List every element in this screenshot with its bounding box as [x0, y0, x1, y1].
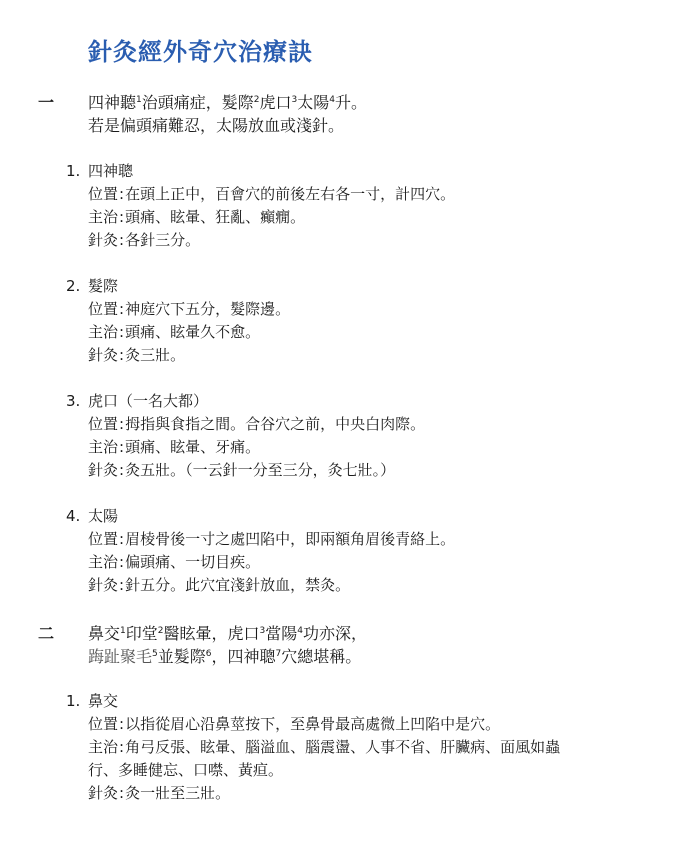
verse-text: 穴總堪稱。: [281, 647, 361, 666]
technique-text: 針五分。此穴宜淺針放血，禁灸。: [125, 576, 350, 594]
verse-line-1: 鼻交1印堂2醫眩暈，虎口3當陽4功亦深，: [88, 622, 367, 645]
location-text: 以指從眉心沿鼻莖按下，至鼻骨最高處微上凹陷中是穴。: [125, 715, 500, 733]
verse-text: 四神聽: [88, 93, 136, 112]
technique-text: 灸一壯至三壯。: [125, 784, 230, 802]
location-label: 位置: [88, 715, 118, 733]
indication-text: 頭痛、眩暈、牙痛。: [125, 438, 260, 456]
verse-text: 鼻交: [88, 624, 120, 643]
indication-line: 主治:角弓反張、眩暈、腦溢血、腦震盪、人事不省、肝臟病、面風如蟲: [88, 736, 560, 759]
verse-text: 虎口: [260, 93, 292, 112]
location-text: 在頭上正中，百會穴的前後左右各一寸，計四穴。: [125, 185, 455, 203]
section-number: 二: [38, 622, 54, 645]
item-number: 3.: [66, 390, 88, 413]
technique-label: 針灸: [88, 346, 118, 364]
technique-text: 灸三壯。: [125, 346, 185, 364]
indication-text: 偏頭痛、一切目疾。: [125, 553, 260, 571]
indication-line: 主治:偏頭痛、一切目疾。: [88, 551, 260, 574]
indication-text: 頭痛、眩暈久不愈。: [125, 323, 260, 341]
verse-text: 並髮際: [158, 647, 206, 666]
verse-text: 當陽: [265, 624, 297, 643]
technique-label: 針灸: [88, 784, 118, 802]
location-text: 神庭穴下五分，髮際邊。: [125, 300, 290, 318]
indication-continuation: 行、多睡健忘、口噤、黃疸。: [88, 759, 283, 782]
indication-label: 主治: [88, 553, 118, 571]
verse-line-1: 四神聽1治頭痛症，髮際2虎口3太陽4升。: [88, 91, 367, 114]
location-line: 位置:眉棱骨後一寸之處凹陷中，即兩額角眉後青絡上。: [88, 528, 455, 551]
verse-text: 太陽: [297, 93, 329, 112]
acupoint-heading: 4.太陽: [66, 505, 118, 528]
acupoint-heading: 2.髮際: [66, 275, 118, 298]
verse-text: 升。: [335, 93, 367, 112]
indication-label: 主治: [88, 438, 118, 456]
verse-text: 治頭痛症，髮際: [142, 93, 254, 112]
acupoint-name: 髮際: [88, 277, 118, 295]
acupoint-name: 四神聰: [88, 162, 133, 180]
acupoint-heading: 3.虎口（一名大都）: [66, 390, 208, 413]
technique-line: 針灸:灸五壯。（一云針一分至三分，灸七壯。）: [88, 459, 395, 482]
indication-line: 主治:頭痛、眩暈、牙痛。: [88, 436, 260, 459]
technique-text: 各針三分。: [125, 231, 200, 249]
indication-label: 主治: [88, 738, 118, 756]
verse-text: 醫眩暈，虎口: [164, 624, 260, 643]
technique-label: 針灸: [88, 231, 118, 249]
location-line: 位置:在頭上正中，百會穴的前後左右各一寸，計四穴。: [88, 183, 455, 206]
acupoint-heading: 1.四神聰: [66, 160, 133, 183]
technique-label: 針灸: [88, 576, 118, 594]
acupoint-name: 太陽: [88, 507, 118, 525]
location-line: 位置:以指從眉心沿鼻莖按下，至鼻骨最高處微上凹陷中是穴。: [88, 713, 500, 736]
item-number: 1.: [66, 690, 88, 713]
indication-line: 主治:頭痛、眩暈、狂亂、癲癇。: [88, 206, 305, 229]
location-label: 位置: [88, 300, 118, 318]
indication-label: 主治: [88, 323, 118, 341]
verse-text: 印堂: [126, 624, 158, 643]
verse-text: 功亦深，: [303, 624, 367, 643]
indication-text: 頭痛、眩暈、狂亂、癲癇。: [125, 208, 305, 226]
section-number: 一: [38, 91, 54, 114]
item-number: 1.: [66, 160, 88, 183]
location-label: 位置: [88, 530, 118, 548]
technique-line: 針灸:灸三壯。: [88, 344, 185, 367]
indication-label: 主治: [88, 208, 118, 226]
verse-line-2: 踇趾聚毛5並髮際6，四神聰7穴總堪稱。: [88, 645, 361, 668]
item-number: 4.: [66, 505, 88, 528]
item-number: 2.: [66, 275, 88, 298]
verse-text: ，四神聰: [212, 647, 276, 666]
location-line: 位置:神庭穴下五分，髮際邊。: [88, 298, 290, 321]
location-label: 位置: [88, 415, 118, 433]
page-title: 針灸經外奇穴治療訣: [88, 32, 313, 67]
indication-line: 主治:頭痛、眩暈久不愈。: [88, 321, 260, 344]
location-text: 眉棱骨後一寸之處凹陷中，即兩額角眉後青絡上。: [125, 530, 455, 548]
acupoint-name: 虎口（一名大都）: [88, 392, 208, 410]
acupoint-name: 鼻交: [88, 692, 118, 710]
technique-line: 針灸:各針三分。: [88, 229, 200, 252]
location-line: 位置:拇指與食指之間。合谷穴之前，中央白肉際。: [88, 413, 425, 436]
technique-label: 針灸: [88, 461, 118, 479]
indication-text: 角弓反張、眩暈、腦溢血、腦震盪、人事不省、肝臟病、面風如蟲: [125, 738, 560, 756]
technique-text: 灸五壯。（一云針一分至三分，灸七壯。）: [125, 461, 395, 479]
technique-line: 針灸:灸一壯至三壯。: [88, 782, 230, 805]
location-label: 位置: [88, 185, 118, 203]
acupoint-heading: 1.鼻交: [66, 690, 118, 713]
verse-line-2: 若是偏頭痛難忍，太陽放血或淺針。: [88, 114, 344, 137]
location-text: 拇指與食指之間。合谷穴之前，中央白肉際。: [125, 415, 425, 433]
technique-line: 針灸:針五分。此穴宜淺針放血，禁灸。: [88, 574, 350, 597]
verse-text: 踇趾聚毛: [88, 647, 152, 666]
